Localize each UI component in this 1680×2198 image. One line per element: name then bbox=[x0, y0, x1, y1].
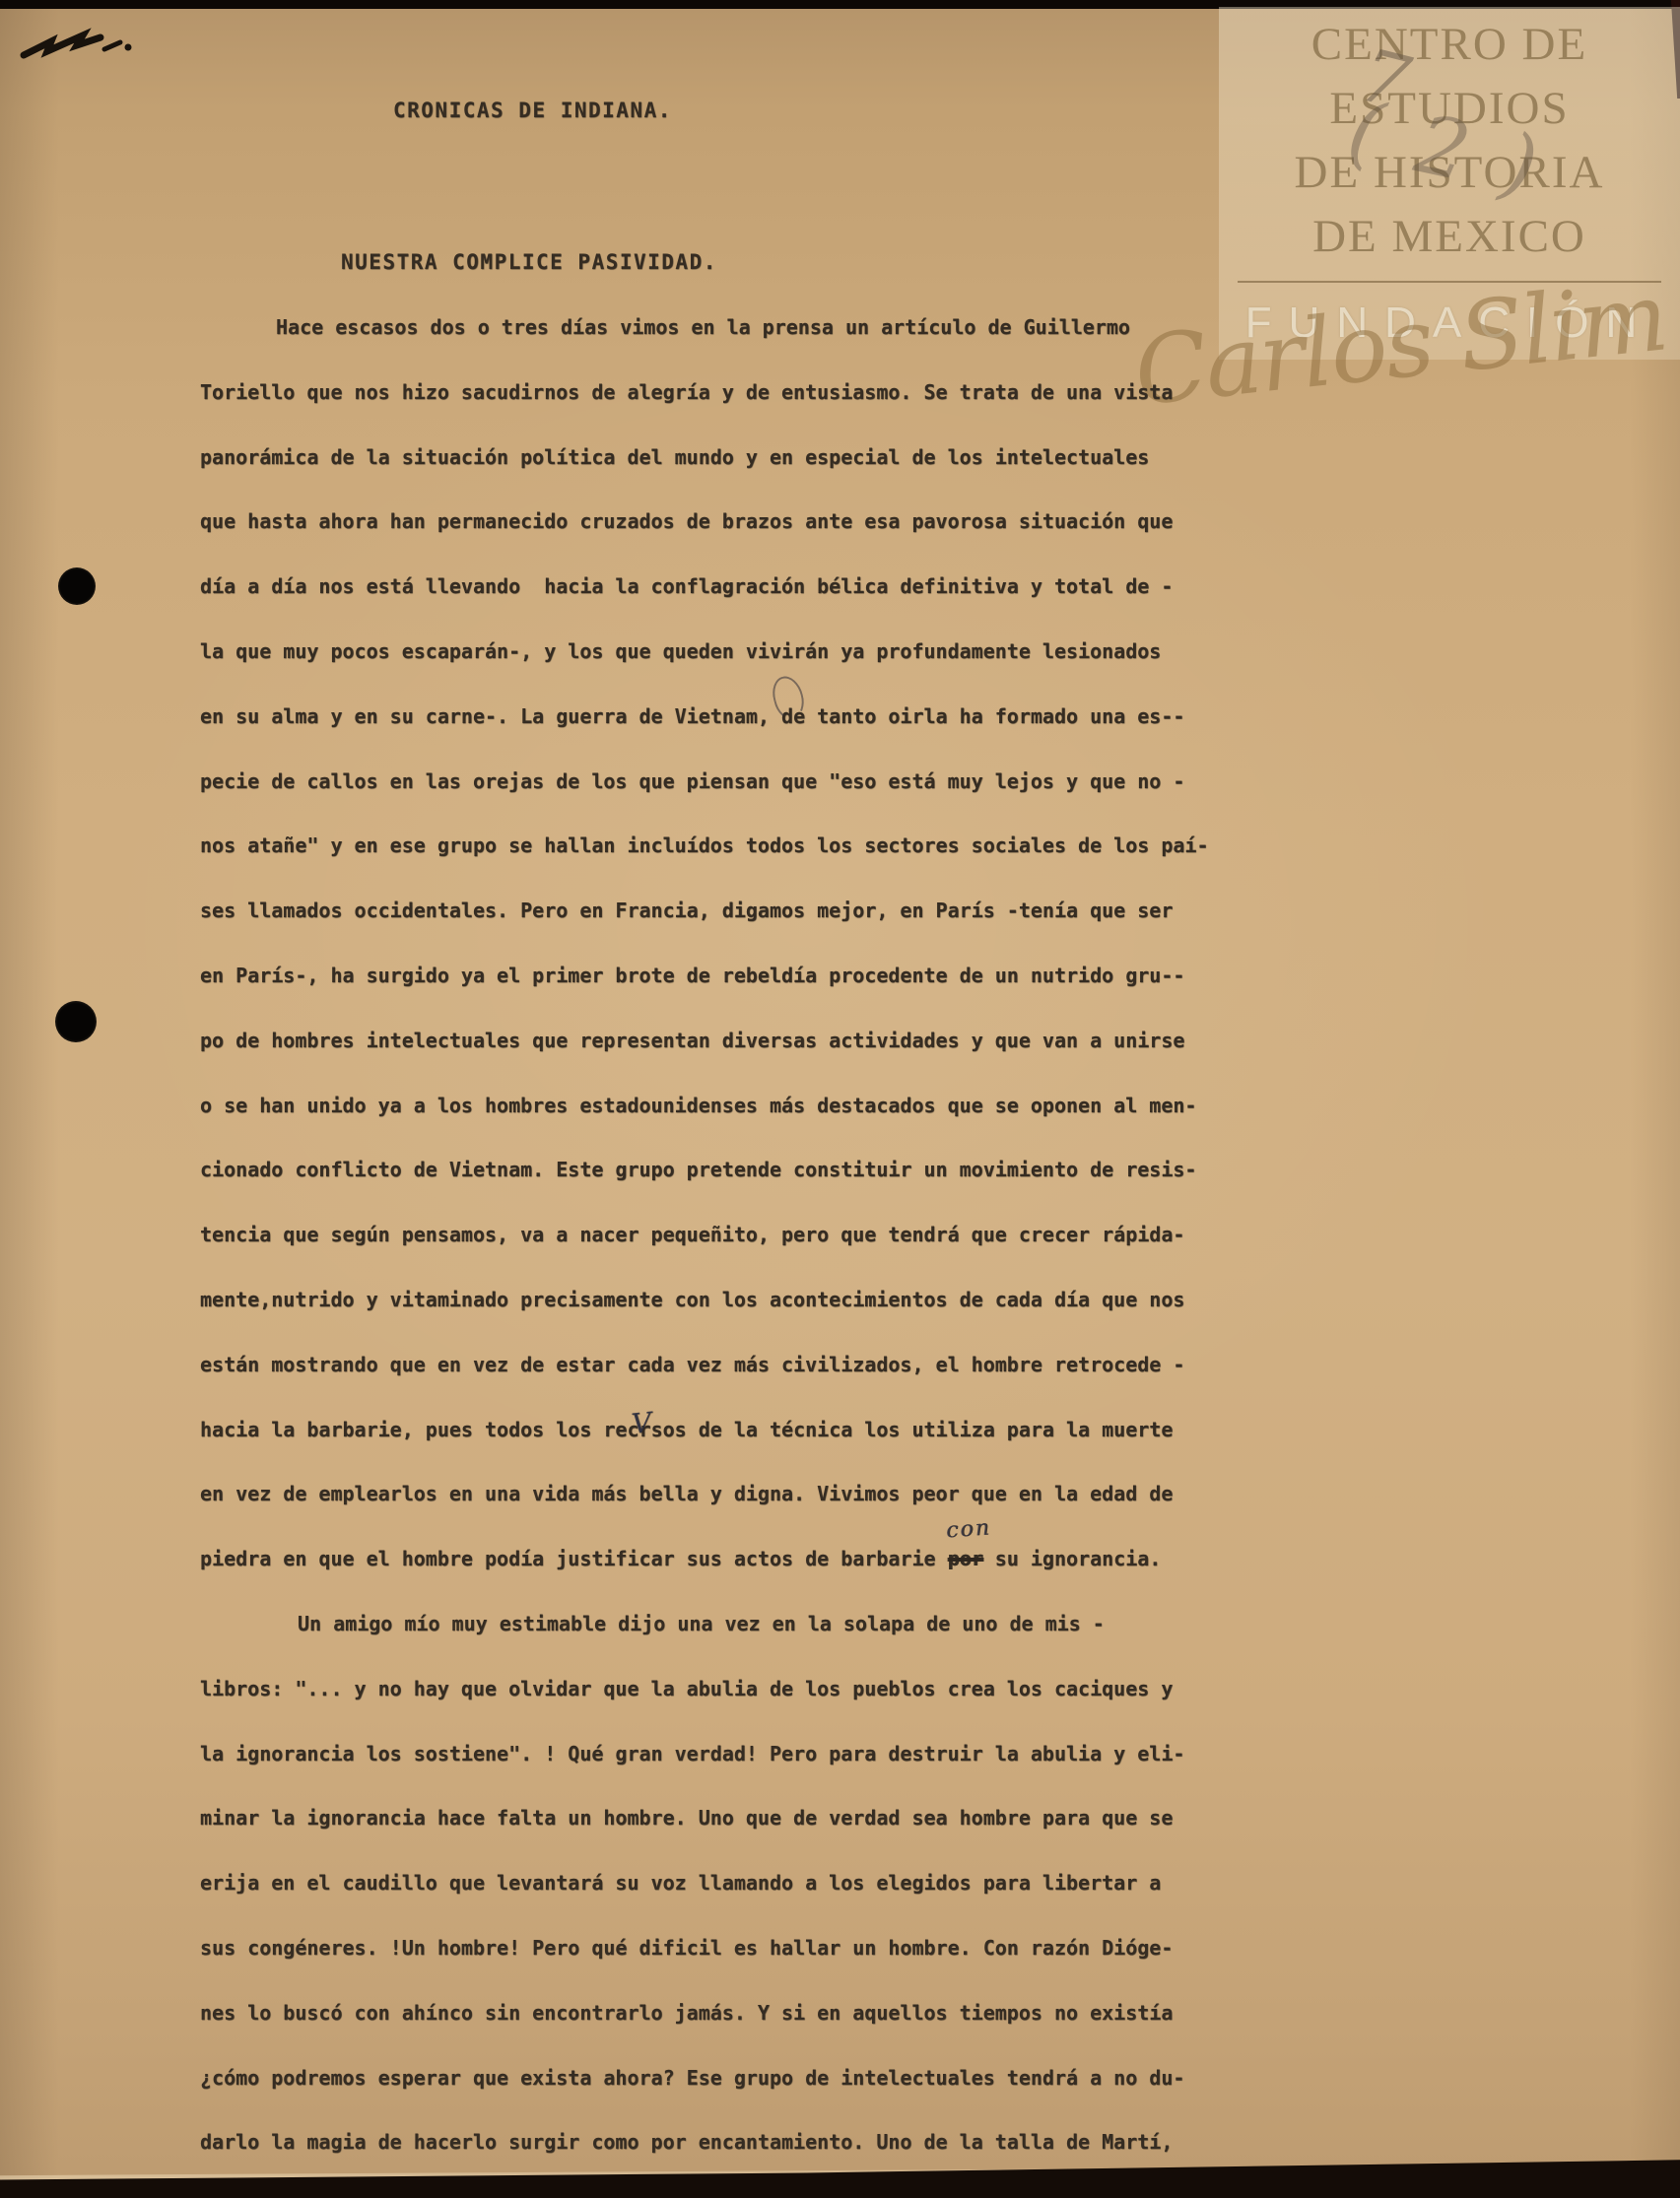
document-body: Hace escasos dos o tres días vimos en la… bbox=[200, 296, 1209, 2175]
text-line: mente,nutrido y vitaminado precisamente … bbox=[200, 1268, 1209, 1333]
handwritten-correction-word: con bbox=[943, 1497, 992, 1565]
text-line: Toriello que nos hizo sacudirnos de aleg… bbox=[200, 361, 1209, 426]
text-line: po de hombres intelectuales que represen… bbox=[200, 1009, 1209, 1074]
text-line: están mostrando que en vez de estar cada… bbox=[200, 1333, 1209, 1398]
struck-out-word: porcon bbox=[948, 1527, 983, 1592]
text-line: cionado conflicto de Vietnam. Este grupo… bbox=[200, 1138, 1209, 1203]
text-line: pecie de callos en las orejas de los que… bbox=[200, 750, 1209, 815]
text-line-with-circle-mark: en su alma y en su carne-. La guerra de … bbox=[200, 685, 1209, 750]
text-line: minar la ignorancia hace falta un hombre… bbox=[200, 1786, 1209, 1851]
text-line: ¿cómo podremos esperar que exista ahora?… bbox=[200, 2046, 1209, 2111]
hole-punch bbox=[58, 567, 96, 605]
document-subtitle: NUESTRA COMPLICE PASIVIDAD. bbox=[341, 250, 717, 274]
text-line: ses llamados occidentales. Pero en Franc… bbox=[200, 879, 1209, 944]
handwritten-circle-mark: d bbox=[781, 685, 793, 750]
text-line: panorámica de la situación política del … bbox=[200, 426, 1209, 491]
text-segment: en su alma y en su carne-. La guerra de … bbox=[200, 704, 781, 728]
text-line: sus congéneres. !Un hombre! Pero qué dif… bbox=[200, 1916, 1209, 1981]
text-line: nos atañe" y en ese grupo se hallan incl… bbox=[200, 814, 1209, 879]
text-line-with-correction: piedra en que el hombre podía justificar… bbox=[200, 1527, 1209, 1592]
text-segment: rsos de la técnica los utiliza para la m… bbox=[639, 1418, 1174, 1441]
text-line: Hace escasos dos o tres días vimos en la… bbox=[200, 296, 1209, 361]
text-line: o se han unido ya a los hombres estadoun… bbox=[200, 1074, 1209, 1139]
handwritten-insert-mark: V bbox=[628, 1390, 654, 1457]
text-line: nes lo buscó con ahínco sin encontrarlo … bbox=[200, 1981, 1209, 2046]
text-segment: hacia la barbarie, pues todos los rec bbox=[200, 1418, 639, 1441]
text-line: darlo la magia de hacerlo surgir como po… bbox=[200, 2110, 1209, 2175]
text-line: en París-, ha surgido ya el primer brote… bbox=[200, 944, 1209, 1009]
text-line: tencia que según pensamos, va a nacer pe… bbox=[200, 1203, 1209, 1268]
ink-scribble-mark bbox=[18, 20, 166, 79]
hole-punch bbox=[55, 1001, 97, 1042]
text-line: erija en el caudillo que levantará su vo… bbox=[200, 1851, 1209, 1916]
text-line: día a día nos está llevando hacia la con… bbox=[200, 555, 1209, 620]
text-line: la ignorancia los sostiene". ! Qué gran … bbox=[200, 1722, 1209, 1787]
text-line: que hasta ahora han permanecido cruzados… bbox=[200, 490, 1209, 555]
watermark-line: DE MEXICO bbox=[1219, 205, 1680, 269]
scanned-typewritten-page: CENTRO DE ESTUDIOS DE HISTORIA DE MEXICO… bbox=[0, 0, 1680, 2198]
text-line: la que muy pocos escaparán-, y los que q… bbox=[200, 620, 1209, 685]
text-segment: e tanto oirla ha formado una es-- bbox=[793, 704, 1184, 728]
text-line: libros: "... y no hay que olvidar que la… bbox=[200, 1657, 1209, 1722]
text-line: Un amigo mío muy estimable dijo una vez … bbox=[200, 1592, 1209, 1657]
text-line: en vez de emplearlos en una vida más bel… bbox=[200, 1462, 1209, 1527]
document-title: CRONICAS DE INDIANA. bbox=[393, 99, 672, 122]
text-segment: su ignorancia. bbox=[983, 1547, 1162, 1570]
watermark-line: CENTRO DE bbox=[1219, 7, 1680, 77]
text-line-with-insert-mark: hacia la barbarie, pues todos los recVrs… bbox=[200, 1398, 1209, 1463]
text-segment: piedra en que el hombre podía justificar… bbox=[200, 1547, 948, 1570]
